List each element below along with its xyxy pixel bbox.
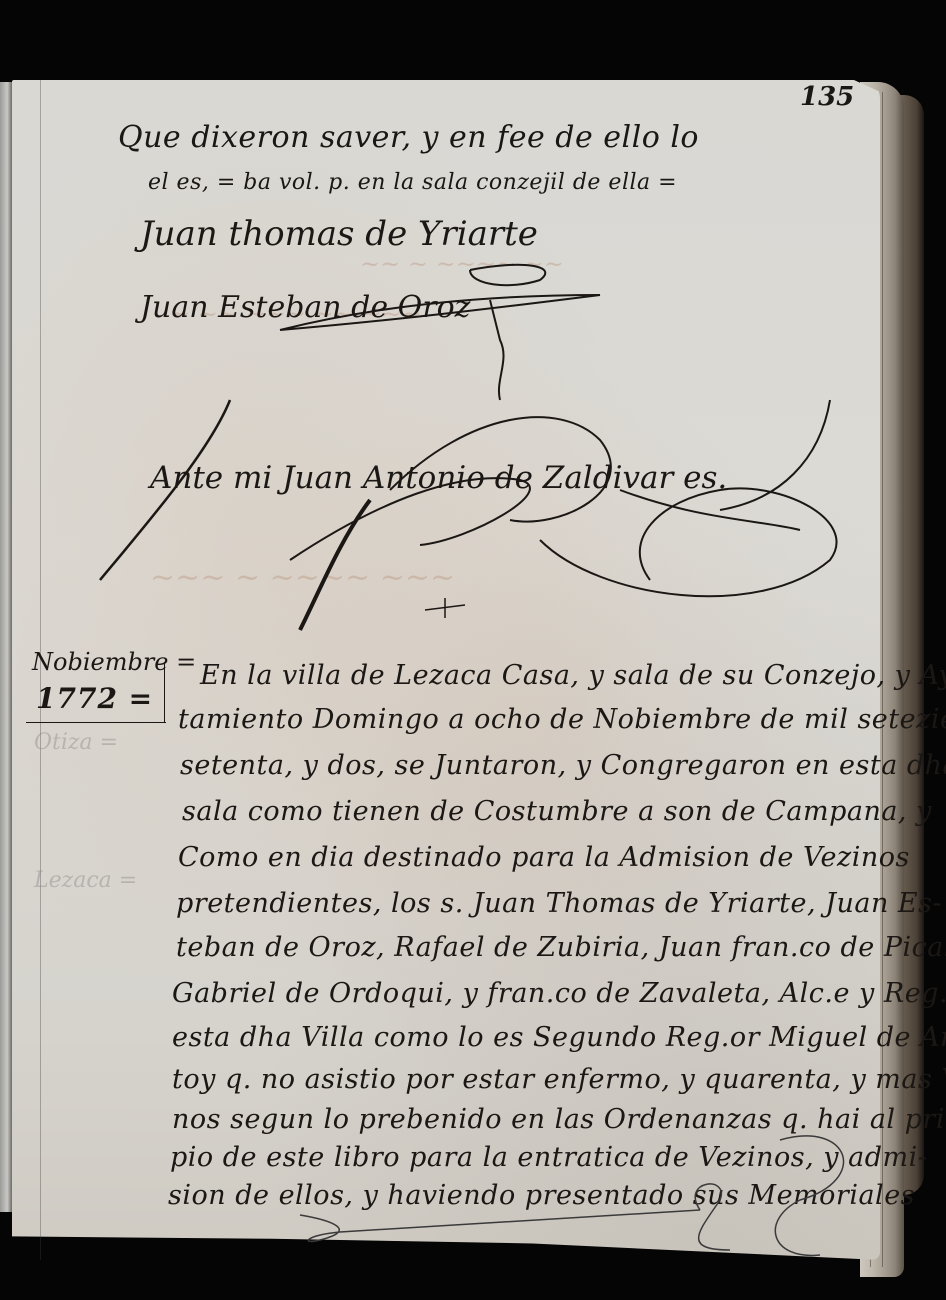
body-line: Como en dia destinado para la Admision d… [178, 842, 910, 873]
body-line: Gabriel de Ordoqui, y fran.co de Zavalet… [172, 978, 946, 1009]
margin-bracket [164, 664, 165, 722]
bleed-through-text: ~~ ~ ~~~~ ~~ [360, 250, 564, 278]
body-line: nos segun lo prebenido en las Ordenanzas… [172, 1104, 946, 1135]
signature-yriarte: Juan thomas de Yriarte [140, 214, 538, 254]
body-line: sala como tienen de Costumbre a son de C… [182, 796, 932, 827]
margin-year: 1772 = [36, 682, 153, 715]
body-line: teban de Oroz, Rafael de Zubiria, Juan f… [176, 932, 946, 963]
signature-oroz: Juan Esteban de Oroz [140, 290, 470, 325]
top-text-line: el es, = ba vol. p. en la sala conzejil … [148, 170, 677, 195]
body-line: pio de este libro para la entratica de V… [170, 1142, 927, 1173]
ghost-margin-note: Lezaca = [34, 868, 137, 893]
body-line: tamiento Domingo a ocho de Nobiembre de … [178, 704, 946, 735]
bleed-through-text: ~~~ ~ ~~~~ ~~~ [150, 560, 455, 595]
body-line: toy q. no asistio por estar enfermo, y q… [172, 1064, 946, 1095]
left-page-edge [0, 82, 12, 1212]
body-line: pretendientes, los s. Juan Thomas de Yri… [176, 888, 942, 919]
folio-number: 135 [800, 82, 854, 112]
body-line: setenta, y dos, se Juntaron, y Congregar… [180, 750, 946, 781]
body-line: En la villa de Lezaca Casa, y sala de su… [200, 660, 946, 691]
margin-month: Nobiembre = [32, 648, 196, 676]
signature-notary: Ante mi Juan Antonio de Zaldivar es. [150, 460, 727, 496]
body-line: sion de ellos, y haviendo presentado sus… [168, 1180, 915, 1211]
margin-underline [26, 722, 166, 723]
top-text-line: Que dixeron saver, y en fee de ello lo [118, 120, 699, 155]
ghost-margin-note: Otiza = [34, 730, 118, 755]
body-line: esta dha Villa como lo es Segundo Reg.or… [172, 1022, 946, 1053]
